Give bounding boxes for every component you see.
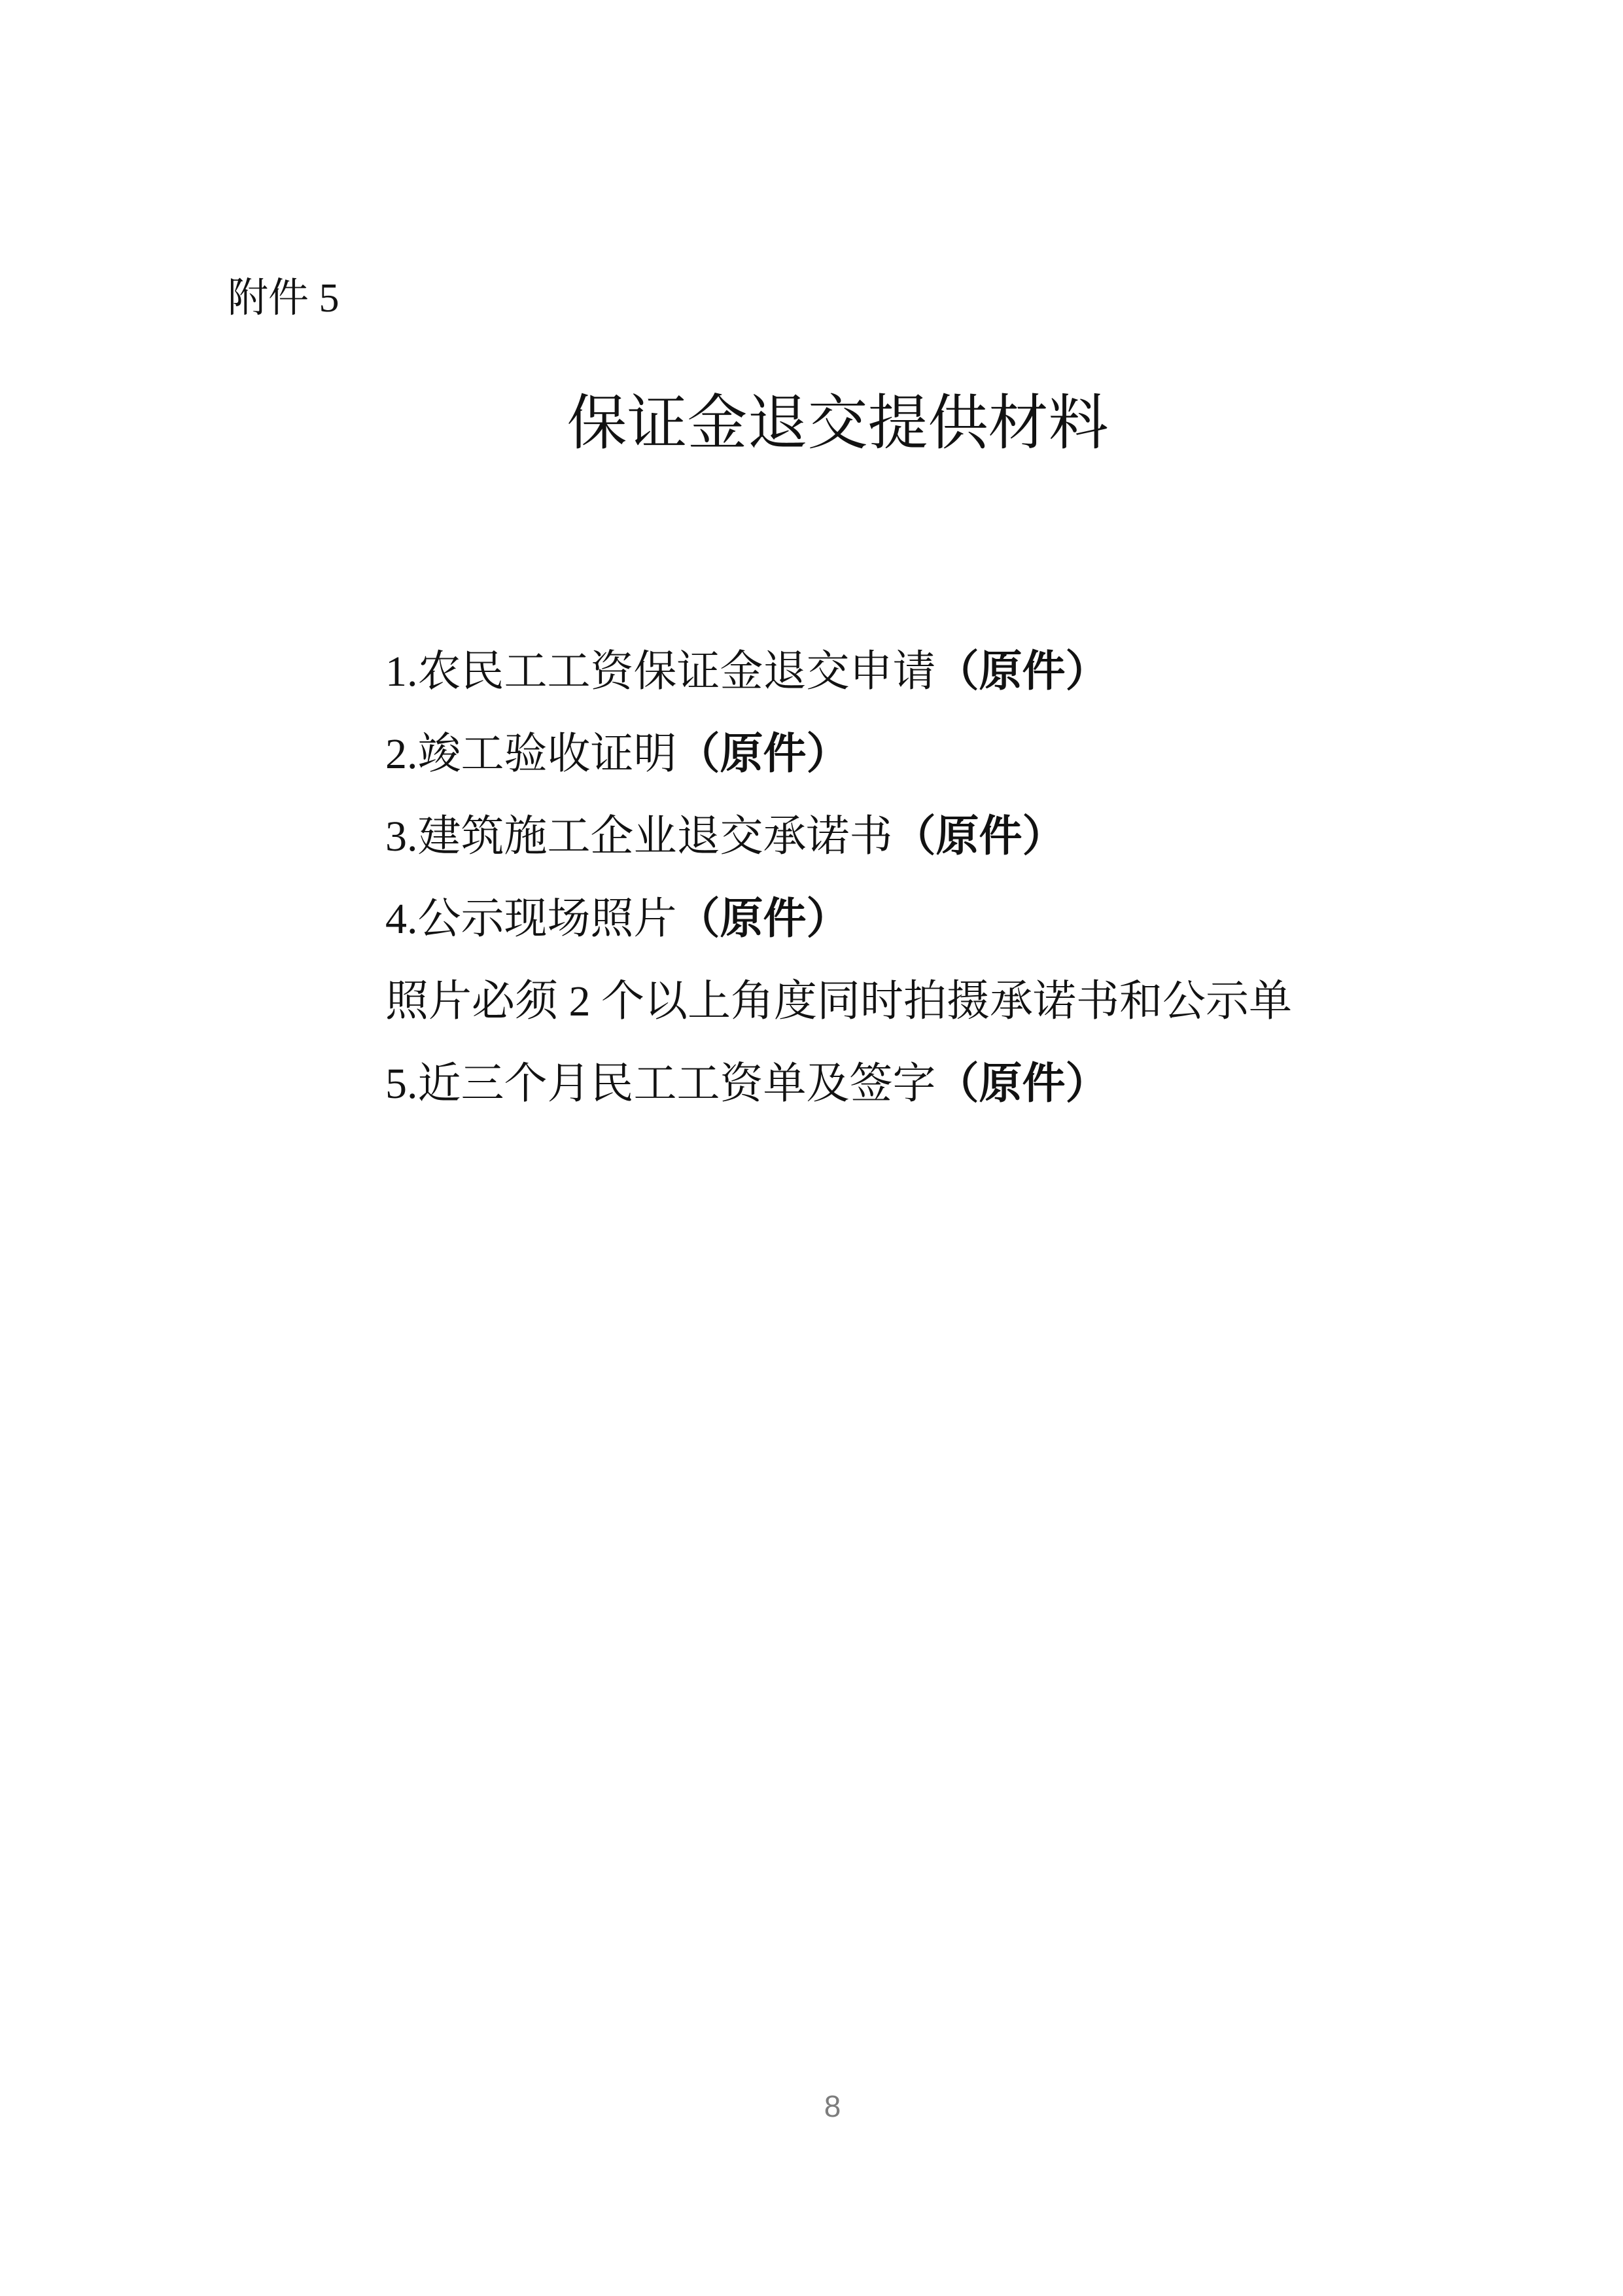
list-item-1-text: 1.农民工工资保证金退交申请: [385, 648, 936, 696]
list-item-4-annotation: （原件）: [677, 895, 850, 943]
list-item-1: 1.农民工工资保证金退交申请（原件）: [321, 548, 1492, 631]
list-item-3-annotation: （原件）: [893, 813, 1066, 860]
document-page: 附件 5 保证金退交提供材料 1.农民工工资保证金退交申请（原件） 2.竣工验收…: [0, 0, 1623, 2296]
attachment-label: 附件 5: [228, 275, 340, 322]
list-item-4-text: 4.公示现场照片: [385, 895, 677, 943]
materials-list: 1.农民工工资保证金退交申请（原件） 2.竣工验收证明（原件） 3.建筑施工企业…: [321, 548, 1492, 1043]
page-number: 8: [0, 2089, 1623, 2124]
list-item-5-text: 5.近三个月民工工资单及签字: [385, 1060, 936, 1108]
list-item-2-annotation: （原件）: [677, 730, 850, 778]
list-item-3-text: 3.建筑施工企业退交承诺书: [385, 813, 893, 860]
list-item-note-text: 照片必须 2 个以上角度同时拍摄承诺书和公示单: [385, 978, 1292, 1025]
list-item-1-annotation: （原件）: [936, 648, 1109, 696]
list-item-2-text: 2.竣工验收证明: [385, 730, 677, 778]
page-title: 保证金退交提供材料: [0, 387, 1623, 459]
list-item-5-annotation: （原件）: [936, 1060, 1109, 1108]
